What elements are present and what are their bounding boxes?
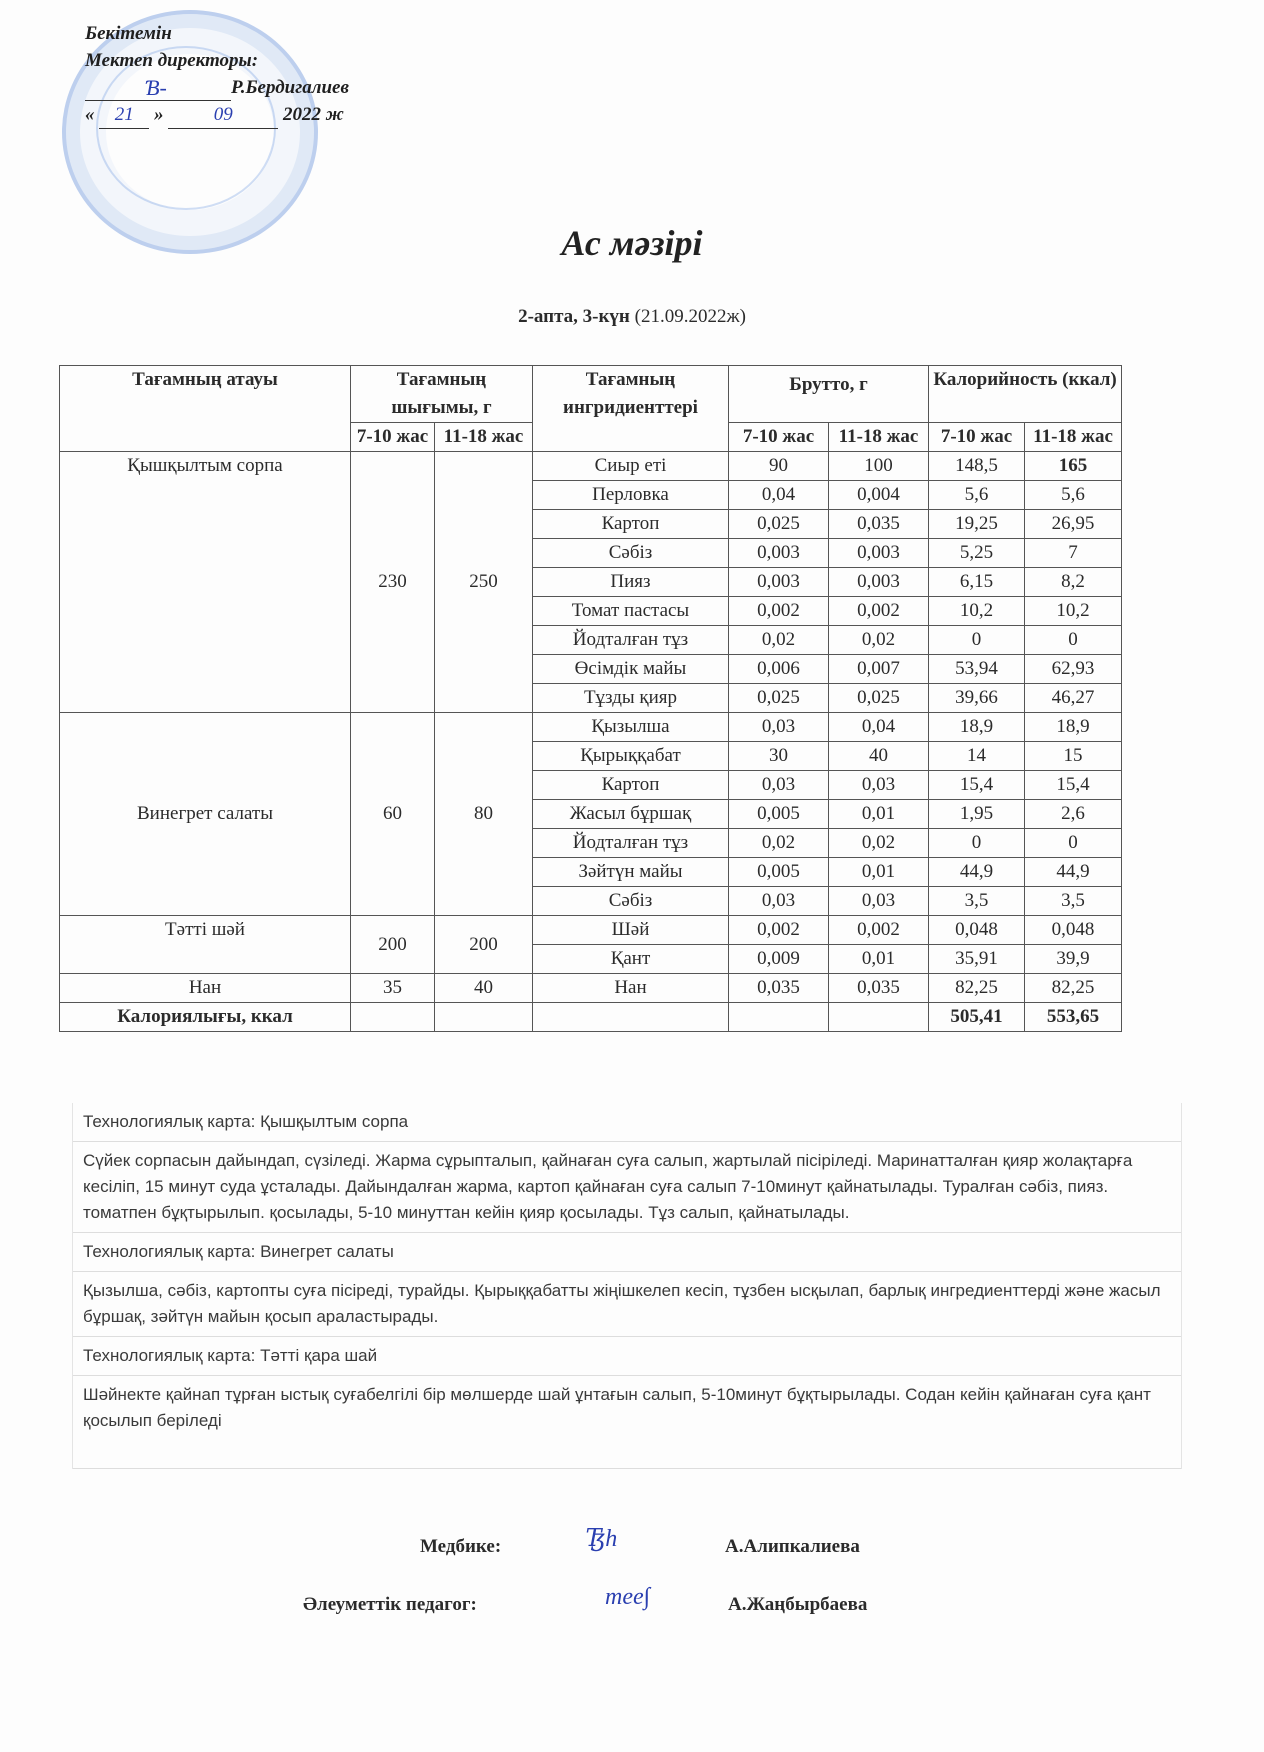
kcal-11-18: 62,93: [1025, 655, 1122, 684]
kcal-7-10: 19,25: [929, 510, 1025, 539]
gross-11-18: 0,004: [829, 481, 929, 510]
gross-11-18: 0,002: [829, 597, 929, 626]
kcal-11-18: 3,5: [1025, 887, 1122, 916]
gross-7-10: 0,009: [729, 945, 829, 974]
kcal-11-18: 10,2: [1025, 597, 1122, 626]
kcal-11-18: 7: [1025, 539, 1122, 568]
gross-7-10: 0,003: [729, 539, 829, 568]
date-year: 2022 ж: [283, 104, 344, 125]
gross-11-18: 100: [829, 452, 929, 481]
gross-7-10: 0,025: [729, 510, 829, 539]
kcal-7-10: 148,5: [929, 452, 1025, 481]
ingredient-name: Сиыр еті: [533, 452, 729, 481]
approval-director-label: Мектеп директоры:: [85, 47, 349, 74]
ingredient-name: Сәбіз: [533, 887, 729, 916]
gross-7-10: 90: [729, 452, 829, 481]
ingredient-name: Картоп: [533, 771, 729, 800]
total-empty-3: [533, 1003, 729, 1032]
gross-7-10: 0,03: [729, 887, 829, 916]
gross-7-10: 0,005: [729, 858, 829, 887]
gross-11-18: 0,035: [829, 510, 929, 539]
kcal-7-10: 5,25: [929, 539, 1025, 568]
dish-yield-7-10: 230: [351, 452, 435, 713]
header-kcal-11-18: 11-18 жас: [1025, 423, 1122, 452]
total-empty-4: [729, 1003, 829, 1032]
dish-yield-11-18: 250: [435, 452, 533, 713]
header-dish-name: Тағамның атауы: [60, 366, 351, 452]
director-signature: Ɓ-: [85, 82, 231, 101]
ingredient-name: Нан: [533, 974, 729, 1003]
social-teacher-signature: mee∫: [605, 1584, 650, 1611]
kcal-7-10: 5,6: [929, 481, 1025, 510]
dish-yield-7-10: 35: [351, 974, 435, 1003]
kcal-11-18: 44,9: [1025, 858, 1122, 887]
tech-card-title: Технологиялық карта: Қышқылтым сорпа: [73, 1103, 1181, 1142]
page-title: Ас мәзірі: [0, 222, 1264, 264]
dish-yield-11-18: 200: [435, 916, 533, 974]
tech-card-title: Технологиялық карта: Винегрет салаты: [73, 1233, 1181, 1272]
ingredient-name: Зәйтүн майы: [533, 858, 729, 887]
ingredient-name: Пияз: [533, 568, 729, 597]
gross-11-18: 0,007: [829, 655, 929, 684]
header-row-1: Тағамның атауы Тағамның шығымы, г Тағамн…: [60, 366, 1122, 423]
kcal-7-10: 35,91: [929, 945, 1025, 974]
nurse-signature: Ꜩh: [585, 1524, 617, 1553]
kcal-11-18: 82,25: [1025, 974, 1122, 1003]
ingredient-name: Йодталған тұз: [533, 626, 729, 655]
total-empty-5: [829, 1003, 929, 1032]
kcal-11-18: 15: [1025, 742, 1122, 771]
gross-11-18: 0,002: [829, 916, 929, 945]
kcal-11-18: 46,27: [1025, 684, 1122, 713]
header-yield-7-10: 7-10 жас: [351, 423, 435, 452]
ingredient-name: Йодталған тұз: [533, 829, 729, 858]
kcal-11-18: 39,9: [1025, 945, 1122, 974]
total-empty-2: [435, 1003, 533, 1032]
week-day-label: 2-апта, 3-күн: [518, 306, 630, 327]
gross-7-10: 0,02: [729, 829, 829, 858]
gross-11-18: 40: [829, 742, 929, 771]
ingredient-name: Томат пастасы: [533, 597, 729, 626]
gross-11-18: 0,04: [829, 713, 929, 742]
gross-7-10: 0,005: [729, 800, 829, 829]
gross-11-18: 0,02: [829, 626, 929, 655]
gross-7-10: 0,035: [729, 974, 829, 1003]
ingredient-name: Жасыл бұршақ: [533, 800, 729, 829]
kcal-7-10: 0: [929, 626, 1025, 655]
gross-7-10: 0,03: [729, 771, 829, 800]
kcal-7-10: 82,25: [929, 974, 1025, 1003]
gross-7-10: 0,006: [729, 655, 829, 684]
kcal-7-10: 1,95: [929, 800, 1025, 829]
kcal-11-18: 5,6: [1025, 481, 1122, 510]
date-month: 09: [168, 101, 278, 129]
ingredient-name: Өсімдік майы: [533, 655, 729, 684]
gross-11-18: 0,03: [829, 771, 929, 800]
menu-table: Тағамның атауы Тағамның шығымы, г Тағамн…: [59, 365, 1122, 1032]
kcal-11-18: 0,048: [1025, 916, 1122, 945]
social-teacher-role: Әлеуметтік педагог:: [303, 1594, 477, 1616]
gross-7-10: 0,04: [729, 481, 829, 510]
total-label: Калориялығы, ккал: [60, 1003, 351, 1032]
kcal-11-18: 0: [1025, 829, 1122, 858]
gross-11-18: 0,003: [829, 568, 929, 597]
tech-card-title: Технологиялық карта: Тәтті қара шай: [73, 1337, 1181, 1376]
approval-heading: Бекітемін: [85, 20, 349, 47]
total-kcal-7-10: 505,41: [929, 1003, 1025, 1032]
dish-name: Қышқылтым сорпа: [60, 452, 351, 713]
gross-7-10: 0,02: [729, 626, 829, 655]
approval-block: Бекітемін Мектеп директоры: Ɓ-Р.Бердигал…: [85, 20, 349, 129]
page-subtitle: 2-апта, 3-күн (21.09.2022ж): [0, 306, 1264, 328]
date-open-quote: «: [85, 104, 95, 125]
kcal-7-10: 44,9: [929, 858, 1025, 887]
tech-card-body: Қызылша, сәбіз, картопты суға пісіреді, …: [73, 1272, 1181, 1337]
dish-yield-7-10: 60: [351, 713, 435, 916]
table-row: Қышқылтым сорпа230250Сиыр еті90100148,51…: [60, 452, 1122, 481]
header-yield: Тағамның шығымы, г: [351, 366, 533, 423]
kcal-7-10: 53,94: [929, 655, 1025, 684]
dish-name: Нан: [60, 974, 351, 1003]
kcal-7-10: 3,5: [929, 887, 1025, 916]
kcal-11-18: 165: [1025, 452, 1122, 481]
header-gross-11-18: 11-18 жас: [829, 423, 929, 452]
gross-7-10: 0,003: [729, 568, 829, 597]
gross-7-10: 0,002: [729, 916, 829, 945]
gross-11-18: 0,01: [829, 800, 929, 829]
date-close-quote: »: [154, 104, 164, 125]
kcal-11-18: 26,95: [1025, 510, 1122, 539]
table-row: Винегрет салаты6080Қызылша0,030,0418,918…: [60, 713, 1122, 742]
header-yield-11-18: 11-18 жас: [435, 423, 533, 452]
gross-11-18: 0,03: [829, 887, 929, 916]
gross-11-18: 0,025: [829, 684, 929, 713]
ingredient-name: Тұзды қияр: [533, 684, 729, 713]
ingredient-name: Шәй: [533, 916, 729, 945]
total-row: Калориялығы, ккал 505,41 553,65: [60, 1003, 1122, 1032]
header-gross-7-10: 7-10 жас: [729, 423, 829, 452]
ingredient-name: Картоп: [533, 510, 729, 539]
approval-signature-line: Ɓ-Р.Бердигалиев: [85, 74, 349, 101]
kcal-7-10: 6,15: [929, 568, 1025, 597]
total-kcal-11-18: 553,65: [1025, 1003, 1122, 1032]
header-ingredients: Тағамның ингридиенттері: [533, 366, 729, 452]
kcal-11-18: 2,6: [1025, 800, 1122, 829]
gross-7-10: 0,03: [729, 713, 829, 742]
kcal-7-10: 39,66: [929, 684, 1025, 713]
technology-cards: Технологиялық карта: Қышқылтым сорпа Сүй…: [72, 1103, 1182, 1469]
ingredient-name: Қырыққабат: [533, 742, 729, 771]
kcal-7-10: 18,9: [929, 713, 1025, 742]
tech-card-body: Шәйнекте қайнап тұрған ыстық суғабелгілі…: [73, 1376, 1181, 1469]
director-signature-mark: Ɓ-: [145, 74, 167, 101]
ingredient-name: Қант: [533, 945, 729, 974]
kcal-11-18: 0: [1025, 626, 1122, 655]
ingredient-name: Перловка: [533, 481, 729, 510]
gross-11-18: 0,003: [829, 539, 929, 568]
kcal-7-10: 10,2: [929, 597, 1025, 626]
dish-yield-7-10: 200: [351, 916, 435, 974]
gross-7-10: 30: [729, 742, 829, 771]
header-gross: Брутто, г: [729, 366, 929, 423]
kcal-7-10: 15,4: [929, 771, 1025, 800]
social-teacher-name: А.Жаңбырбаева: [728, 1594, 867, 1616]
header-calories: Калорийность (ккал): [929, 366, 1122, 423]
kcal-7-10: 0: [929, 829, 1025, 858]
kcal-11-18: 15,4: [1025, 771, 1122, 800]
gross-7-10: 0,025: [729, 684, 829, 713]
nurse-name: А.Алипкалиева: [725, 1536, 860, 1558]
kcal-7-10: 0,048: [929, 916, 1025, 945]
nurse-role: Медбике:: [420, 1536, 501, 1558]
gross-7-10: 0,002: [729, 597, 829, 626]
dish-yield-11-18: 80: [435, 713, 533, 916]
ingredient-name: Сәбіз: [533, 539, 729, 568]
table-row: Нан3540Нан0,0350,03582,2582,25: [60, 974, 1122, 1003]
menu-table-body: Қышқылтым сорпа230250Сиыр еті90100148,51…: [60, 452, 1122, 1003]
kcal-7-10: 14: [929, 742, 1025, 771]
table-row: Тәтті шәй200200Шәй0,0020,0020,0480,048: [60, 916, 1122, 945]
tech-card-body: Сүйек сорпасын дайындап, сүзіледі. Жарма…: [73, 1142, 1181, 1233]
dish-name: Тәтті шәй: [60, 916, 351, 974]
ingredient-name: Қызылша: [533, 713, 729, 742]
dish-name: Винегрет салаты: [60, 713, 351, 916]
gross-11-18: 0,01: [829, 858, 929, 887]
header-kcal-7-10: 7-10 жас: [929, 423, 1025, 452]
dish-yield-11-18: 40: [435, 974, 533, 1003]
approval-date: « 21 » 09 2022 ж: [85, 101, 349, 129]
menu-date: (21.09.2022ж): [635, 306, 746, 327]
total-empty-1: [351, 1003, 435, 1032]
gross-11-18: 0,01: [829, 945, 929, 974]
kcal-11-18: 18,9: [1025, 713, 1122, 742]
date-day: 21: [99, 101, 149, 129]
director-name: Р.Бердигалиев: [231, 77, 349, 98]
gross-11-18: 0,02: [829, 829, 929, 858]
kcal-11-18: 8,2: [1025, 568, 1122, 597]
gross-11-18: 0,035: [829, 974, 929, 1003]
